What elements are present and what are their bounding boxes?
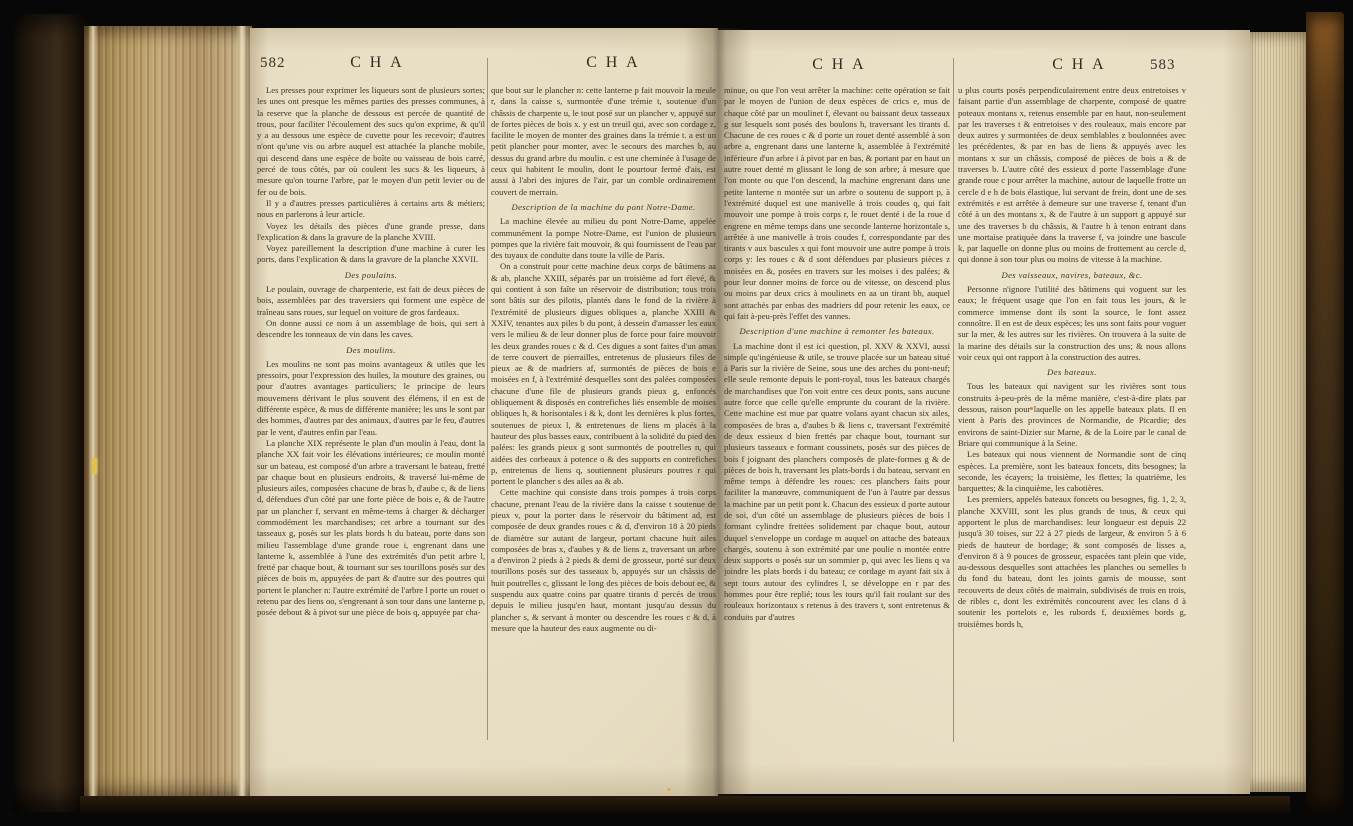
running-head: CHA bbox=[788, 56, 888, 74]
gilt-fleck bbox=[92, 458, 97, 474]
paper-speck bbox=[667, 788, 671, 791]
section-heading: Description de la machine du pont Notre-… bbox=[491, 202, 716, 213]
body-paragraph: Voyez les détails des pièces d'une grand… bbox=[257, 221, 485, 244]
body-paragraph: Il y a d'autres presses particulières à … bbox=[257, 198, 485, 221]
body-paragraph: u plus courts posés perpendiculairement … bbox=[958, 85, 1186, 266]
left-cover-edge bbox=[12, 14, 88, 812]
running-head: CHA bbox=[1028, 56, 1128, 74]
text-column-2: que bout sur le plancher n: cette lanter… bbox=[491, 85, 716, 739]
text-column-4: u plus courts posés perpendiculairement … bbox=[958, 85, 1186, 743]
section-heading: Des bateaux. bbox=[958, 367, 1186, 378]
body-paragraph: On donne aussi ce nom à un assemblage de… bbox=[257, 318, 485, 341]
right-cover-edge bbox=[1306, 12, 1344, 814]
column-rule bbox=[953, 58, 954, 742]
section-heading: Description d'une machine à remonter les… bbox=[724, 326, 950, 337]
text-column-1: Les presses pour exprimer les liqueurs s… bbox=[257, 85, 485, 739]
left-page-edges bbox=[84, 26, 252, 798]
body-paragraph: Tous les bateaux qui navigent sur les ri… bbox=[958, 381, 1186, 449]
body-paragraph: Les premiers, appelés bateaux foncets ou… bbox=[958, 494, 1186, 630]
body-paragraph: Les bateaux qui nous viennent de Normand… bbox=[958, 449, 1186, 494]
running-head: CHA bbox=[326, 54, 426, 72]
page-582: 582 CHA CHA Les presses pour exprimer le… bbox=[250, 28, 718, 796]
page-number-left: 582 bbox=[260, 55, 286, 72]
section-heading: Des poulains. bbox=[257, 270, 485, 281]
page-edge-highlight bbox=[88, 26, 98, 798]
body-paragraph: Les presses pour exprimer les liqueurs s… bbox=[257, 85, 485, 198]
body-paragraph: Le poulain, ouvrage de charpenterie, est… bbox=[257, 284, 485, 318]
page-edge-highlight bbox=[236, 26, 248, 798]
body-paragraph: Personne n'ignore l'utilité des bâtimens… bbox=[958, 284, 1186, 363]
body-paragraph: La machine élevée au milieu du pont Notr… bbox=[491, 216, 716, 261]
column-rule bbox=[487, 58, 488, 740]
body-paragraph: Cette machine qui consiste dans trois po… bbox=[491, 487, 716, 634]
body-paragraph: La planche XIX représente le plan d'un m… bbox=[257, 438, 485, 619]
text-column-3: minue, ou que l'on veut arrêter la machi… bbox=[724, 85, 950, 741]
page-number-right: 583 bbox=[1150, 57, 1176, 74]
body-paragraph: Les moulins ne sont pas moins avantageux… bbox=[257, 359, 485, 438]
paper-speck bbox=[1030, 407, 1033, 410]
page-583: CHA CHA 583 minue, ou que l'on veut arrê… bbox=[718, 30, 1250, 794]
right-page-edges bbox=[1246, 32, 1308, 792]
photo-background: 582 CHA CHA Les presses pour exprimer le… bbox=[0, 0, 1353, 826]
section-heading: Des moulins. bbox=[257, 345, 485, 356]
body-paragraph: que bout sur le plancher n: cette lanter… bbox=[491, 85, 716, 198]
bottom-cover-edge bbox=[80, 796, 1290, 816]
running-head: CHA bbox=[562, 54, 662, 72]
body-paragraph: minue, ou que l'on veut arrêter la machi… bbox=[724, 85, 950, 322]
body-paragraph: Voyez pareillement la description d'une … bbox=[257, 243, 485, 266]
body-paragraph: La machine dont il est ici question, pl.… bbox=[724, 341, 950, 623]
body-paragraph: On a construit pour cette machine deux c… bbox=[491, 261, 716, 487]
section-heading: Des vaisseaux, navires, bateaux, &c. bbox=[958, 270, 1186, 281]
